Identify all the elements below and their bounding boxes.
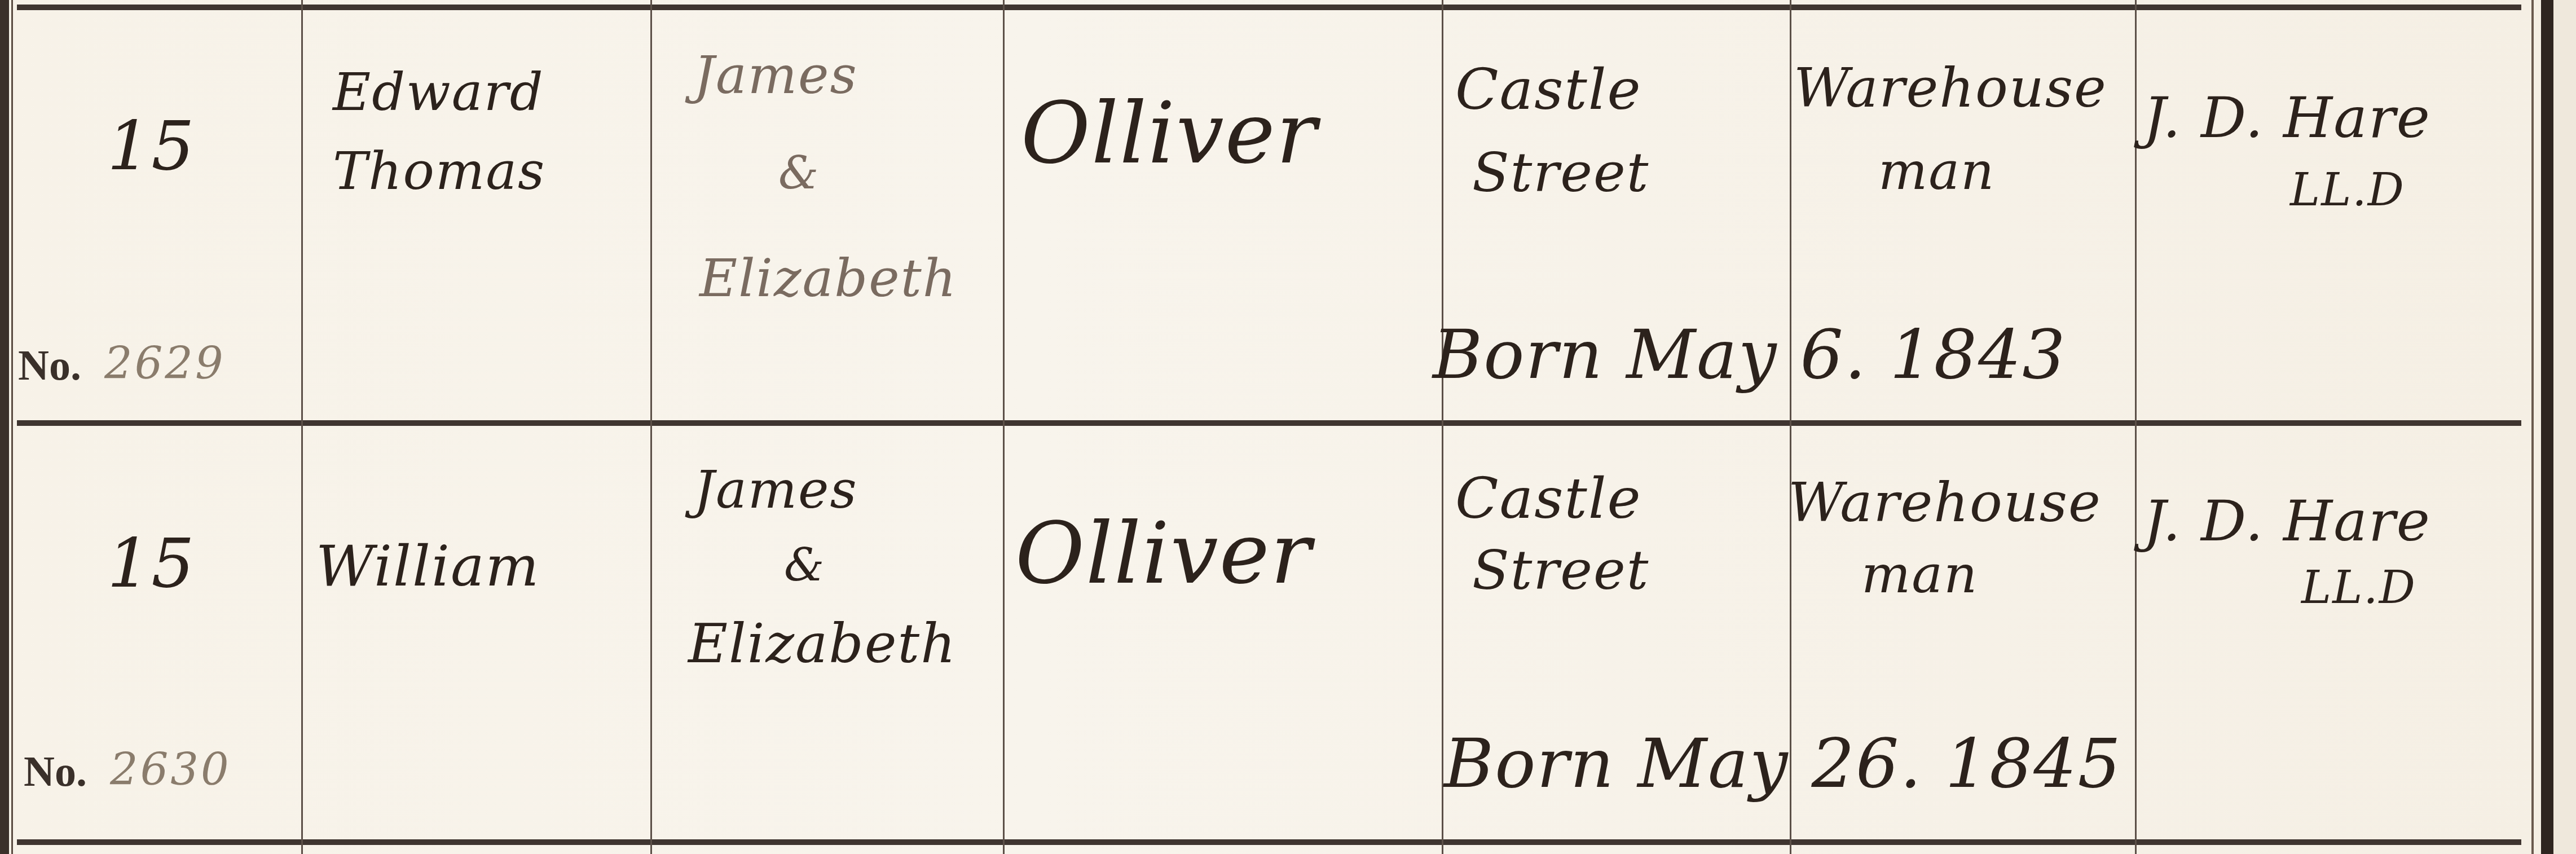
surname: Olliver <box>1021 85 1318 183</box>
child-middle-name: Thomas <box>333 141 545 201</box>
entry-number: 2629 <box>104 338 226 389</box>
register-entry: 15 No. 2629 Edward Thomas James & Elizab… <box>0 0 2576 423</box>
abode-line-1: Castle <box>1455 465 1642 531</box>
officiant-title: LL.D <box>2301 561 2416 614</box>
birth-note: Born May 26. 1845 <box>1444 725 2122 803</box>
abode-line-2: Street <box>1472 539 1649 602</box>
abode-line-1: Castle <box>1455 56 1642 122</box>
baptism-day: 15 <box>107 107 196 186</box>
occupation-line-2: man <box>1878 141 1995 201</box>
father-name: James <box>694 45 858 105</box>
officiant-title: LL.D <box>2290 164 2405 216</box>
occupation-line-1: Warehouse <box>1788 471 2102 534</box>
register-page: 15 No. 2629 Edward Thomas James & Elizab… <box>0 0 2576 854</box>
officiant-name: J. D. Hare <box>2143 85 2431 151</box>
surname: Olliver <box>1015 505 1312 603</box>
parents-ampersand: & <box>778 147 820 199</box>
occupation-line-2: man <box>1861 544 1978 605</box>
register-entry: 15 No. 2630 William James & Elizabeth Ol… <box>0 426 2576 843</box>
occupation-line-1: Warehouse <box>1794 56 2107 120</box>
father-name: James <box>694 460 858 520</box>
mother-name: Elizabeth <box>699 248 957 309</box>
mother-name: Elizabeth <box>688 612 957 675</box>
entry-number-label: No. <box>18 341 81 390</box>
baptism-day: 15 <box>107 525 196 603</box>
child-first-name: William <box>316 533 540 599</box>
officiant-name: J. D. Hare <box>2143 488 2431 554</box>
child-first-name: Edward <box>333 62 544 122</box>
entry-number-label: No. <box>24 747 87 796</box>
abode-line-2: Street <box>1472 141 1649 204</box>
parents-ampersand: & <box>784 539 825 591</box>
entry-number: 2630 <box>110 745 231 795</box>
birth-note: Born May 6. 1843 <box>1433 316 2067 394</box>
